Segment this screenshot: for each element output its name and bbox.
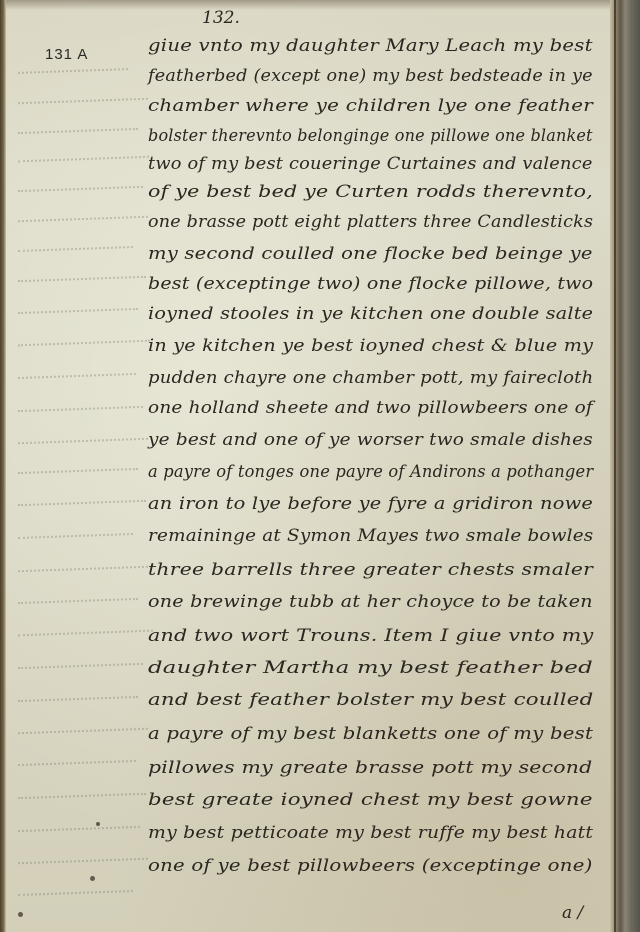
bleed-line — [18, 858, 148, 867]
page-left-edge — [0, 0, 6, 932]
text-line: best (exceptinge two) one flocke pillowe… — [148, 274, 593, 294]
text-line: three barrells three greater chests smal… — [148, 560, 593, 580]
text-line: pillowes my greate brasse pott my second — [148, 758, 592, 778]
bleed-line — [18, 566, 148, 575]
text-line: giue vnto my daughter Mary Leach my best — [148, 36, 593, 56]
bleed-line — [18, 340, 150, 349]
bleed-line — [18, 760, 136, 768]
text-line: my best petticoate my best ruffe my best… — [148, 823, 593, 843]
bleed-line — [18, 246, 133, 254]
bleed-line — [18, 728, 148, 737]
bleed-line — [18, 468, 138, 476]
bleed-through-text — [18, 30, 168, 910]
bleed-line — [18, 68, 128, 76]
text-line: one of ye best pillowbeers (exceptinge o… — [148, 856, 593, 876]
bleed-line — [18, 890, 133, 898]
text-line: ye best and one of ye worser two smale d… — [148, 430, 593, 450]
bleed-line — [18, 793, 146, 801]
bleed-line — [18, 373, 136, 381]
text-line: a payre of tonges one payre of Andirons … — [148, 462, 593, 482]
text-line: pudden chayre one chamber pott, my faire… — [148, 368, 593, 388]
text-line: and two wort Trouns. Item I giue vnto my — [148, 626, 593, 646]
ink-spot — [90, 876, 95, 881]
bleed-line — [18, 128, 138, 136]
text-line: in ye kitchen ye best ioyned chest & blu… — [148, 336, 593, 356]
bleed-line — [18, 156, 153, 165]
book-binding-edge — [610, 0, 640, 932]
text-line: daughter Martha my best feather bed — [148, 658, 593, 678]
ink-spot — [18, 912, 23, 917]
bleed-line — [18, 276, 146, 284]
folio-marking: 131 A — [45, 46, 88, 63]
text-line: and best feather bolster my best coulled — [148, 690, 593, 710]
text-line: ioyned stooles in ye kitchen one double … — [148, 304, 593, 324]
bleed-line — [18, 533, 133, 541]
page-top-shadow — [0, 0, 640, 10]
bleed-line — [18, 186, 143, 194]
text-line: remaininge at Symon Mayes two smale bowl… — [148, 526, 593, 546]
bleed-line — [18, 500, 146, 508]
bleed-line — [18, 598, 138, 606]
bleed-line — [18, 438, 148, 447]
text-line: bolster therevnto belonginge one pillowe… — [148, 126, 593, 146]
bleed-line — [18, 308, 138, 316]
text-line: one brewinge tubb at her choyce to be ta… — [148, 592, 593, 612]
bleed-line — [18, 630, 153, 639]
text-line: my second coulled one flocke bed beinge … — [148, 244, 593, 264]
text-line: a payre of my best blanketts one of my b… — [148, 724, 593, 744]
text-line: chamber where ye children lye one feathe… — [148, 96, 593, 116]
text-line: one brasse pott eight platters three Can… — [148, 212, 593, 232]
page-number: 132. — [202, 8, 240, 28]
manuscript-page: 131 A 132. giue vnto my daughter Mary Le… — [0, 0, 640, 932]
bleed-line — [18, 663, 143, 671]
bleed-line — [18, 216, 148, 225]
ink-spot — [96, 822, 100, 826]
text-line: an iron to lye before ye fyre a gridiron… — [148, 494, 593, 514]
text-line: best greate ioyned chest my best gowne — [148, 790, 593, 810]
bleed-line — [18, 98, 148, 107]
catchword: a / — [562, 903, 583, 923]
text-line: featherbed (except one) my best bedstead… — [148, 66, 593, 86]
bleed-line — [18, 406, 143, 414]
bleed-line — [18, 826, 140, 834]
text-line: two of my best coueringe Curtaines and v… — [148, 154, 593, 174]
text-line: of ye best bed ye Curten rodds therevnto… — [148, 182, 593, 202]
text-line: one holland sheete and two pillowbeers o… — [148, 398, 593, 418]
bleed-line — [18, 696, 138, 704]
